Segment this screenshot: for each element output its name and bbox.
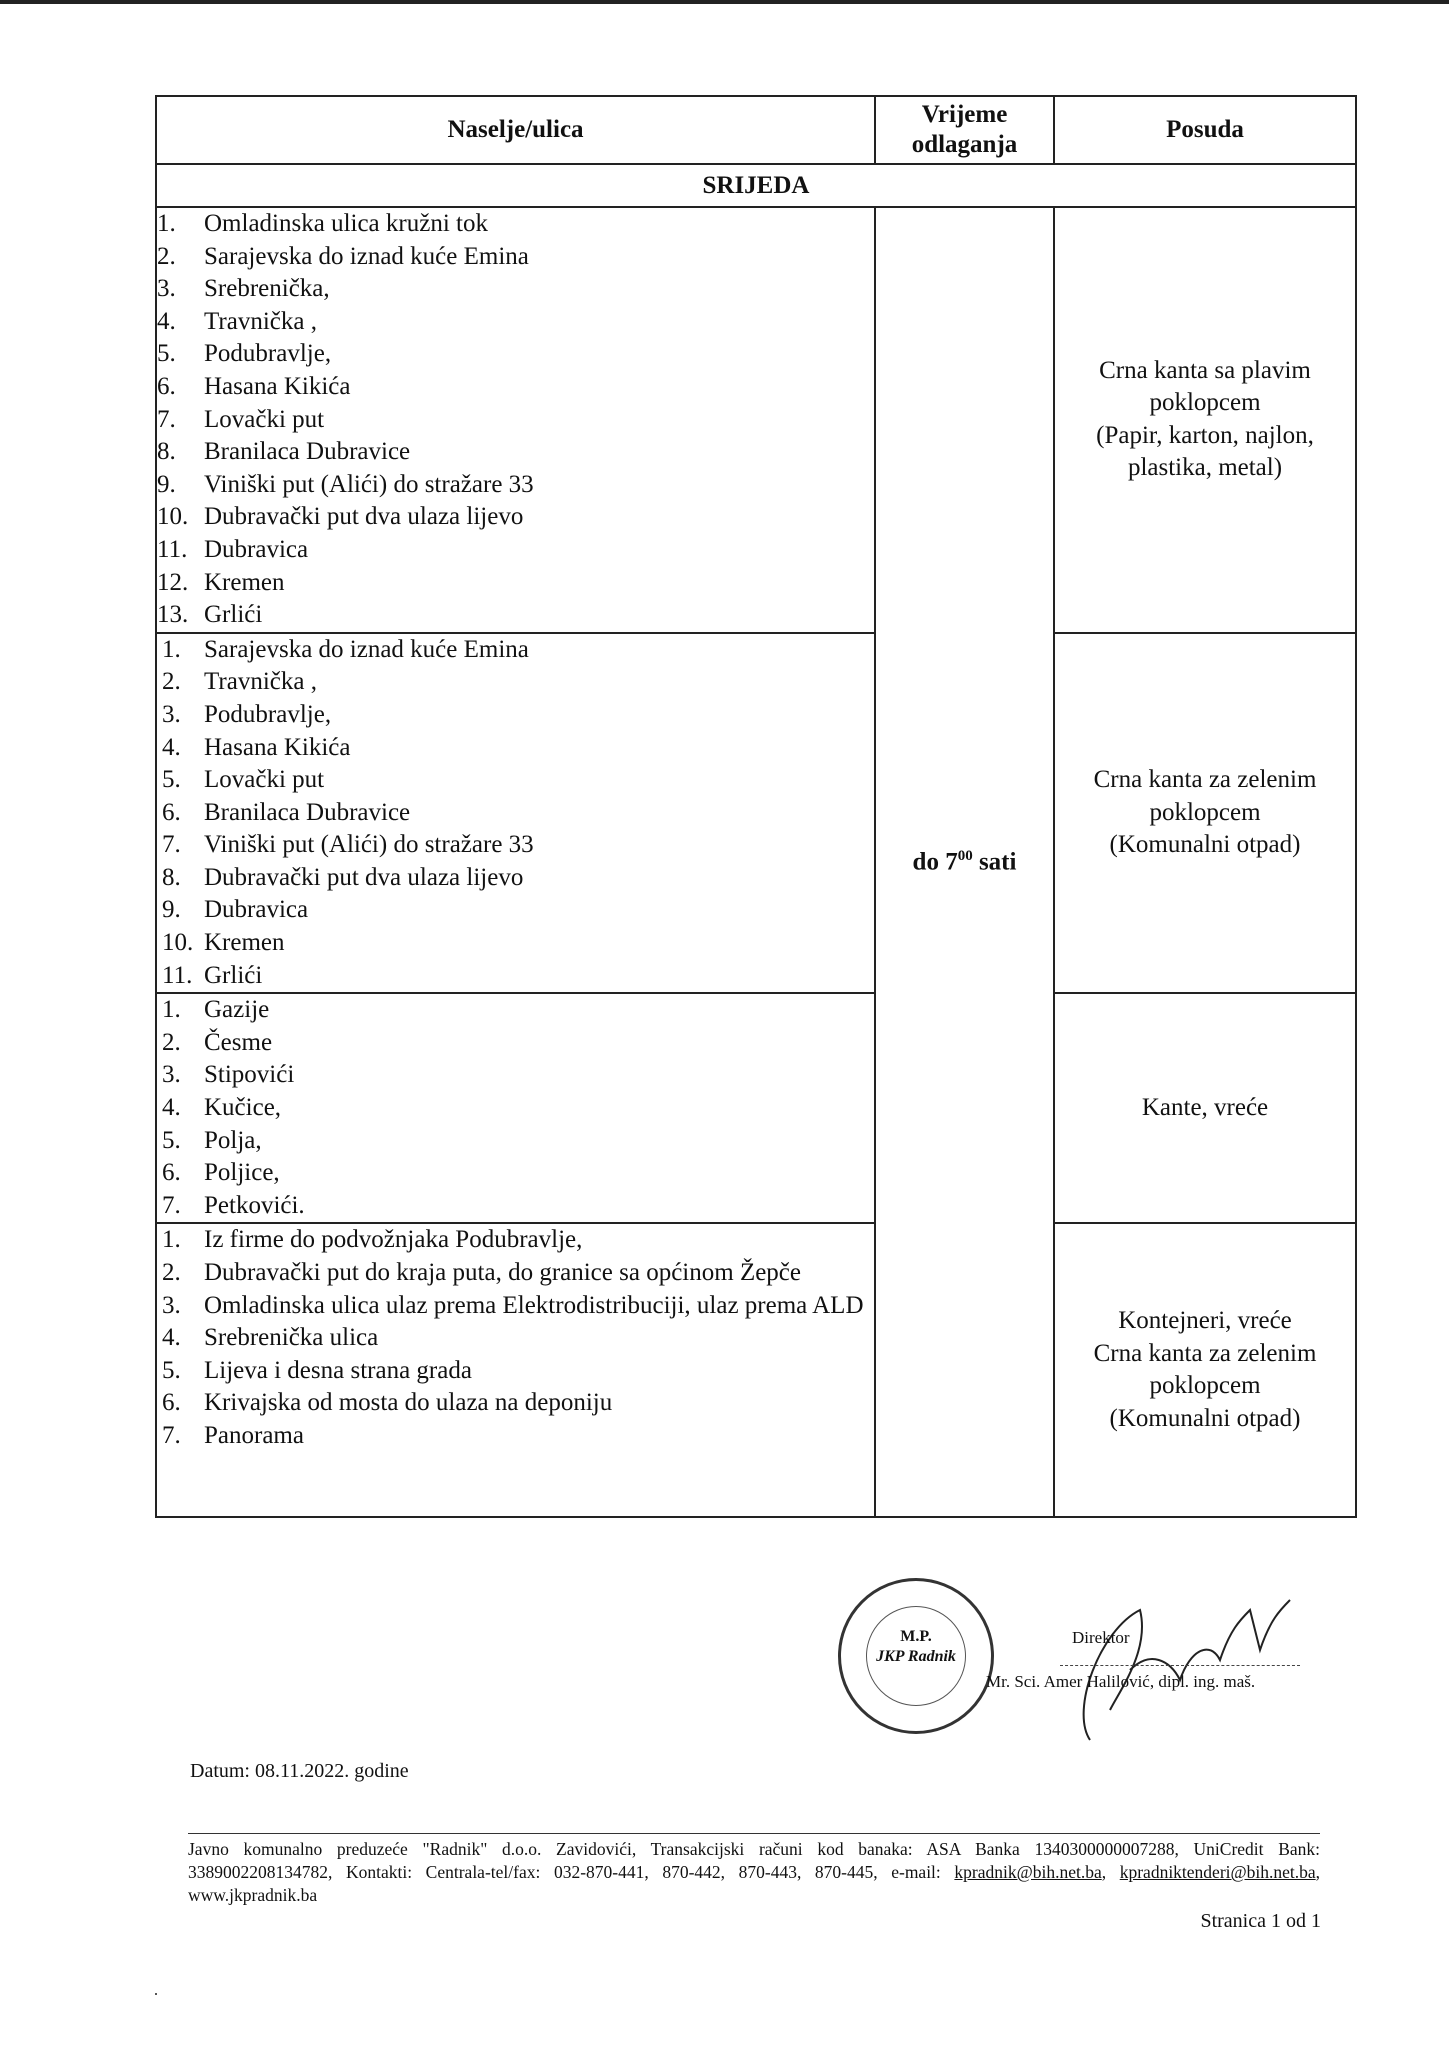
- list-item: 1.Sarajevska do iznad kuće Emina: [157, 634, 874, 667]
- container-line: Kontejneri, vreće: [1065, 1305, 1345, 1338]
- item-number: 2.: [157, 1027, 204, 1060]
- list-item: 6.Poljice,: [157, 1157, 874, 1190]
- container-line: poklopcem: [1065, 797, 1345, 830]
- item-text: Stipovići: [204, 1059, 874, 1092]
- location-list: 1.Sarajevska do iznad kuće Emina2.Travni…: [157, 634, 874, 993]
- item-text: Dubravica: [204, 894, 874, 927]
- item-number: 6.: [157, 371, 204, 404]
- item-text: Srebrenička ulica: [204, 1322, 874, 1355]
- list-item: 10.Dubravački put dva ulaza lijevo: [157, 501, 874, 534]
- item-number: 2.: [157, 241, 204, 274]
- list-item: 12.Kremen: [157, 567, 874, 600]
- container-line: Crna kanta za zelenim: [1065, 764, 1345, 797]
- item-text: Polja,: [204, 1125, 874, 1158]
- container-line: plastika, metal): [1065, 452, 1345, 485]
- item-number: 5.: [157, 1125, 204, 1158]
- list-item: 3.Podubravlje,: [157, 699, 874, 732]
- item-number: 13.: [157, 599, 204, 632]
- container-line: (Komunalni otpad): [1065, 829, 1345, 862]
- item-text: Grlići: [204, 960, 874, 993]
- item-number: 7.: [157, 829, 204, 862]
- item-text: Grlići: [204, 599, 874, 632]
- list-item: 1.Gazije: [157, 994, 874, 1027]
- time-cell: do 700 sati: [875, 207, 1054, 1517]
- item-number: 12.: [157, 567, 204, 600]
- list-item: 11.Grlići: [157, 960, 874, 993]
- item-number: 2.: [157, 666, 204, 699]
- table-header-row: Naselje/ulica Vrijemeodlaganja Posuda: [156, 96, 1356, 164]
- stamp-mp: M.P.: [900, 1628, 931, 1645]
- document-date: Datum: 08.11.2022. godine: [190, 1760, 409, 1783]
- item-text: Sarajevska do iznad kuće Emina: [204, 241, 874, 274]
- item-text: Sarajevska do iznad kuće Emina: [204, 634, 874, 667]
- item-text: Kučice,: [204, 1092, 874, 1125]
- list-item: 5.Lovački put: [157, 764, 874, 797]
- list-item: 4.Srebrenička ulica: [157, 1322, 874, 1355]
- item-text: Petkovići.: [204, 1190, 874, 1223]
- item-number: 8.: [157, 862, 204, 895]
- item-number: 3.: [157, 699, 204, 732]
- email-link-2[interactable]: kpradniktenderi@bih.net.ba: [1120, 1862, 1316, 1882]
- list-item: 3.Srebrenička,: [157, 273, 874, 306]
- item-text: Podubravlje,: [204, 699, 874, 732]
- item-number: 4.: [157, 1092, 204, 1125]
- list-item: 4.Kučice,: [157, 1092, 874, 1125]
- location-cell: 1.Sarajevska do iznad kuće Emina2.Travni…: [156, 633, 875, 994]
- list-item: 7.Panorama: [157, 1420, 874, 1453]
- table-row: 1.Omladinska ulica kružni tok2.Sarajevsk…: [156, 207, 1356, 633]
- scan-top-edge: [0, 0, 1449, 4]
- item-text: Hasana Kikića: [204, 371, 874, 404]
- list-item: 1.Omladinska ulica kružni tok: [157, 208, 874, 241]
- time-suffix: sati: [973, 848, 1017, 875]
- day-row: SRIJEDA: [156, 164, 1356, 207]
- item-number: 4.: [157, 732, 204, 765]
- item-text: Iz firme do podvožnjaka Podubravlje,: [204, 1224, 874, 1257]
- item-text: Poljice,: [204, 1157, 874, 1190]
- list-item: 7.Lovački put: [157, 404, 874, 437]
- list-item: 3.Stipovići: [157, 1059, 874, 1092]
- item-number: 1.: [157, 1224, 204, 1257]
- list-item: 7.Viniški put (Alići) do stražare 33: [157, 829, 874, 862]
- list-item: 6.Branilaca Dubravice: [157, 797, 874, 830]
- location-list: 1.Gazije2.Česme3.Stipovići4.Kučice,5.Pol…: [157, 994, 874, 1222]
- container-line: poklopcem: [1065, 1370, 1345, 1403]
- scan-speck: [155, 1993, 157, 1995]
- container-cell: Kontejneri, vrećeCrna kanta za zelenimpo…: [1054, 1223, 1356, 1517]
- item-text: Srebrenička,: [204, 273, 874, 306]
- item-text: Dubravački put dva ulaza lijevo: [204, 862, 874, 895]
- item-number: 6.: [157, 1387, 204, 1420]
- list-item: 9.Dubravica: [157, 894, 874, 927]
- time-prefix: do 7: [913, 848, 958, 875]
- header-container: Posuda: [1054, 96, 1356, 164]
- item-text: Lovački put: [204, 764, 874, 797]
- container-cell: Kante, vreće: [1054, 993, 1356, 1223]
- table-row: 1.Iz firme do podvožnjaka Podubravlje,2.…: [156, 1223, 1356, 1517]
- item-text: Omladinska ulica kružni tok: [204, 208, 874, 241]
- item-number: 10.: [157, 927, 204, 960]
- item-text: Panorama: [204, 1420, 874, 1453]
- collection-schedule-table: Naselje/ulica Vrijemeodlaganja Posuda SR…: [155, 95, 1357, 1518]
- item-number: 9.: [157, 469, 204, 502]
- list-item: 4.Travnička ,: [157, 306, 874, 339]
- item-number: 8.: [157, 436, 204, 469]
- time-superscript: 00: [958, 848, 973, 864]
- item-text: Gazije: [204, 994, 874, 1027]
- item-number: 5.: [157, 764, 204, 797]
- stamp-inner: M.P.JKP Radnik: [866, 1606, 966, 1706]
- header-location: Naselje/ulica: [156, 96, 875, 164]
- container-line: poklopcem: [1065, 387, 1345, 420]
- item-text: Viniški put (Alići) do stražare 33: [204, 829, 874, 862]
- item-number: 3.: [157, 273, 204, 306]
- item-text: Viniški put (Alići) do stražare 33: [204, 469, 874, 502]
- item-number: 9.: [157, 894, 204, 927]
- location-list: 1.Omladinska ulica kružni tok2.Sarajevsk…: [157, 208, 874, 632]
- item-text: Travnička ,: [204, 306, 874, 339]
- item-text: Omladinska ulica ulaz prema Elektrodistr…: [204, 1290, 874, 1323]
- table-row: 1.Gazije2.Česme3.Stipovići4.Kučice,5.Pol…: [156, 993, 1356, 1223]
- item-number: 7.: [157, 1420, 204, 1453]
- list-item: 6.Krivajska od mosta do ulaza na deponij…: [157, 1387, 874, 1420]
- list-item: 4.Hasana Kikića: [157, 732, 874, 765]
- container-cell: Crna kanta sa plavimpoklopcem(Papir, kar…: [1054, 207, 1356, 633]
- container-cell: Crna kanta za zelenimpoklopcem(Komunalni…: [1054, 633, 1356, 994]
- item-text: Dubravački put do kraja puta, do granice…: [204, 1257, 874, 1290]
- container-line: Crna kanta sa plavim: [1065, 355, 1345, 388]
- item-number: 2.: [157, 1257, 204, 1290]
- item-number: 4.: [157, 306, 204, 339]
- list-item: 8.Dubravački put dva ulaza lijevo: [157, 862, 874, 895]
- header-time-line2: odlaganja: [912, 131, 1018, 158]
- signatory-title: Direktor: [1072, 1628, 1130, 1648]
- location-list: 1.Iz firme do podvožnjaka Podubravlje,2.…: [157, 1224, 874, 1452]
- item-number: 1.: [157, 634, 204, 667]
- item-text: Podubravlje,: [204, 338, 874, 371]
- container-line: (Komunalni otpad): [1065, 1403, 1345, 1436]
- item-text: Branilaca Dubravice: [204, 436, 874, 469]
- item-text: Krivajska od mosta do ulaza na deponiju: [204, 1387, 874, 1420]
- item-number: 5.: [157, 1355, 204, 1388]
- item-number: 7.: [157, 404, 204, 437]
- item-number: 4.: [157, 1322, 204, 1355]
- item-text: Česme: [204, 1027, 874, 1060]
- list-item: 10.Kremen: [157, 927, 874, 960]
- stamp-company: JKP Radnik: [876, 1648, 956, 1665]
- item-text: Lijeva i desna strana grada: [204, 1355, 874, 1388]
- signature-line: [1060, 1665, 1300, 1666]
- list-item: 5.Podubravlje,: [157, 338, 874, 371]
- table-row: 1.Sarajevska do iznad kuće Emina2.Travni…: [156, 633, 1356, 994]
- item-text: Travnička ,: [204, 666, 874, 699]
- location-cell: 1.Gazije2.Česme3.Stipovići4.Kučice,5.Pol…: [156, 993, 875, 1223]
- list-item: 7.Petkovići.: [157, 1190, 874, 1223]
- list-item: 5.Polja,: [157, 1125, 874, 1158]
- footer-separator: ,: [1102, 1862, 1120, 1882]
- item-number: 1.: [157, 208, 204, 241]
- item-number: 6.: [157, 797, 204, 830]
- list-item: 6.Hasana Kikića: [157, 371, 874, 404]
- item-number: 11.: [157, 534, 204, 567]
- item-text: Dubravica: [204, 534, 874, 567]
- list-item: 13.Grlići: [157, 599, 874, 632]
- footer-divider: [188, 1833, 1320, 1834]
- signatory-name: Mr. Sci. Amer Halilović, dipl. ing. maš.: [986, 1672, 1255, 1692]
- container-line: Crna kanta za zelenim: [1065, 1338, 1345, 1371]
- item-number: 7.: [157, 1190, 204, 1223]
- item-number: 1.: [157, 994, 204, 1027]
- day-label: SRIJEDA: [156, 164, 1356, 207]
- item-text: Lovački put: [204, 404, 874, 437]
- item-text: Kremen: [204, 927, 874, 960]
- container-line: (Papir, karton, najlon,: [1065, 420, 1345, 453]
- list-item: 11.Dubravica: [157, 534, 874, 567]
- list-item: 9.Viniški put (Alići) do stražare 33: [157, 469, 874, 502]
- item-number: 10.: [157, 501, 204, 534]
- item-number: 5.: [157, 338, 204, 371]
- list-item: 3.Omladinska ulica ulaz prema Elektrodis…: [157, 1290, 874, 1323]
- location-cell: 1.Iz firme do podvožnjaka Podubravlje,2.…: [156, 1223, 875, 1517]
- item-text: Branilaca Dubravice: [204, 797, 874, 830]
- header-time-line1: Vrijeme: [922, 101, 1008, 128]
- item-text: Dubravački put dva ulaza lijevo: [204, 501, 874, 534]
- location-cell: 1.Omladinska ulica kružni tok2.Sarajevsk…: [156, 207, 875, 633]
- list-item: 2.Sarajevska do iznad kuće Emina: [157, 241, 874, 274]
- footer-company-info: Javno komunalno preduzeće "Radnik" d.o.o…: [188, 1838, 1320, 1907]
- item-number: 6.: [157, 1157, 204, 1190]
- list-item: 8.Branilaca Dubravice: [157, 436, 874, 469]
- list-item: 2.Travnička ,: [157, 666, 874, 699]
- page-number: Stranica 1 od 1: [1200, 1910, 1321, 1933]
- item-text: Hasana Kikića: [204, 732, 874, 765]
- list-item: 1.Iz firme do podvožnjaka Podubravlje,: [157, 1224, 874, 1257]
- list-item: 5.Lijeva i desna strana grada: [157, 1355, 874, 1388]
- header-time: Vrijemeodlaganja: [875, 96, 1054, 164]
- item-number: 3.: [157, 1059, 204, 1092]
- list-item: 2.Česme: [157, 1027, 874, 1060]
- list-item: 2.Dubravački put do kraja puta, do grani…: [157, 1257, 874, 1290]
- item-number: 3.: [157, 1290, 204, 1323]
- company-stamp: M.P.JKP Radnik: [838, 1578, 994, 1734]
- item-number: 11.: [157, 960, 204, 993]
- item-text: Kremen: [204, 567, 874, 600]
- email-link-1[interactable]: kpradnik@bih.net.ba: [954, 1862, 1101, 1882]
- container-line: Kante, vreće: [1065, 1092, 1345, 1125]
